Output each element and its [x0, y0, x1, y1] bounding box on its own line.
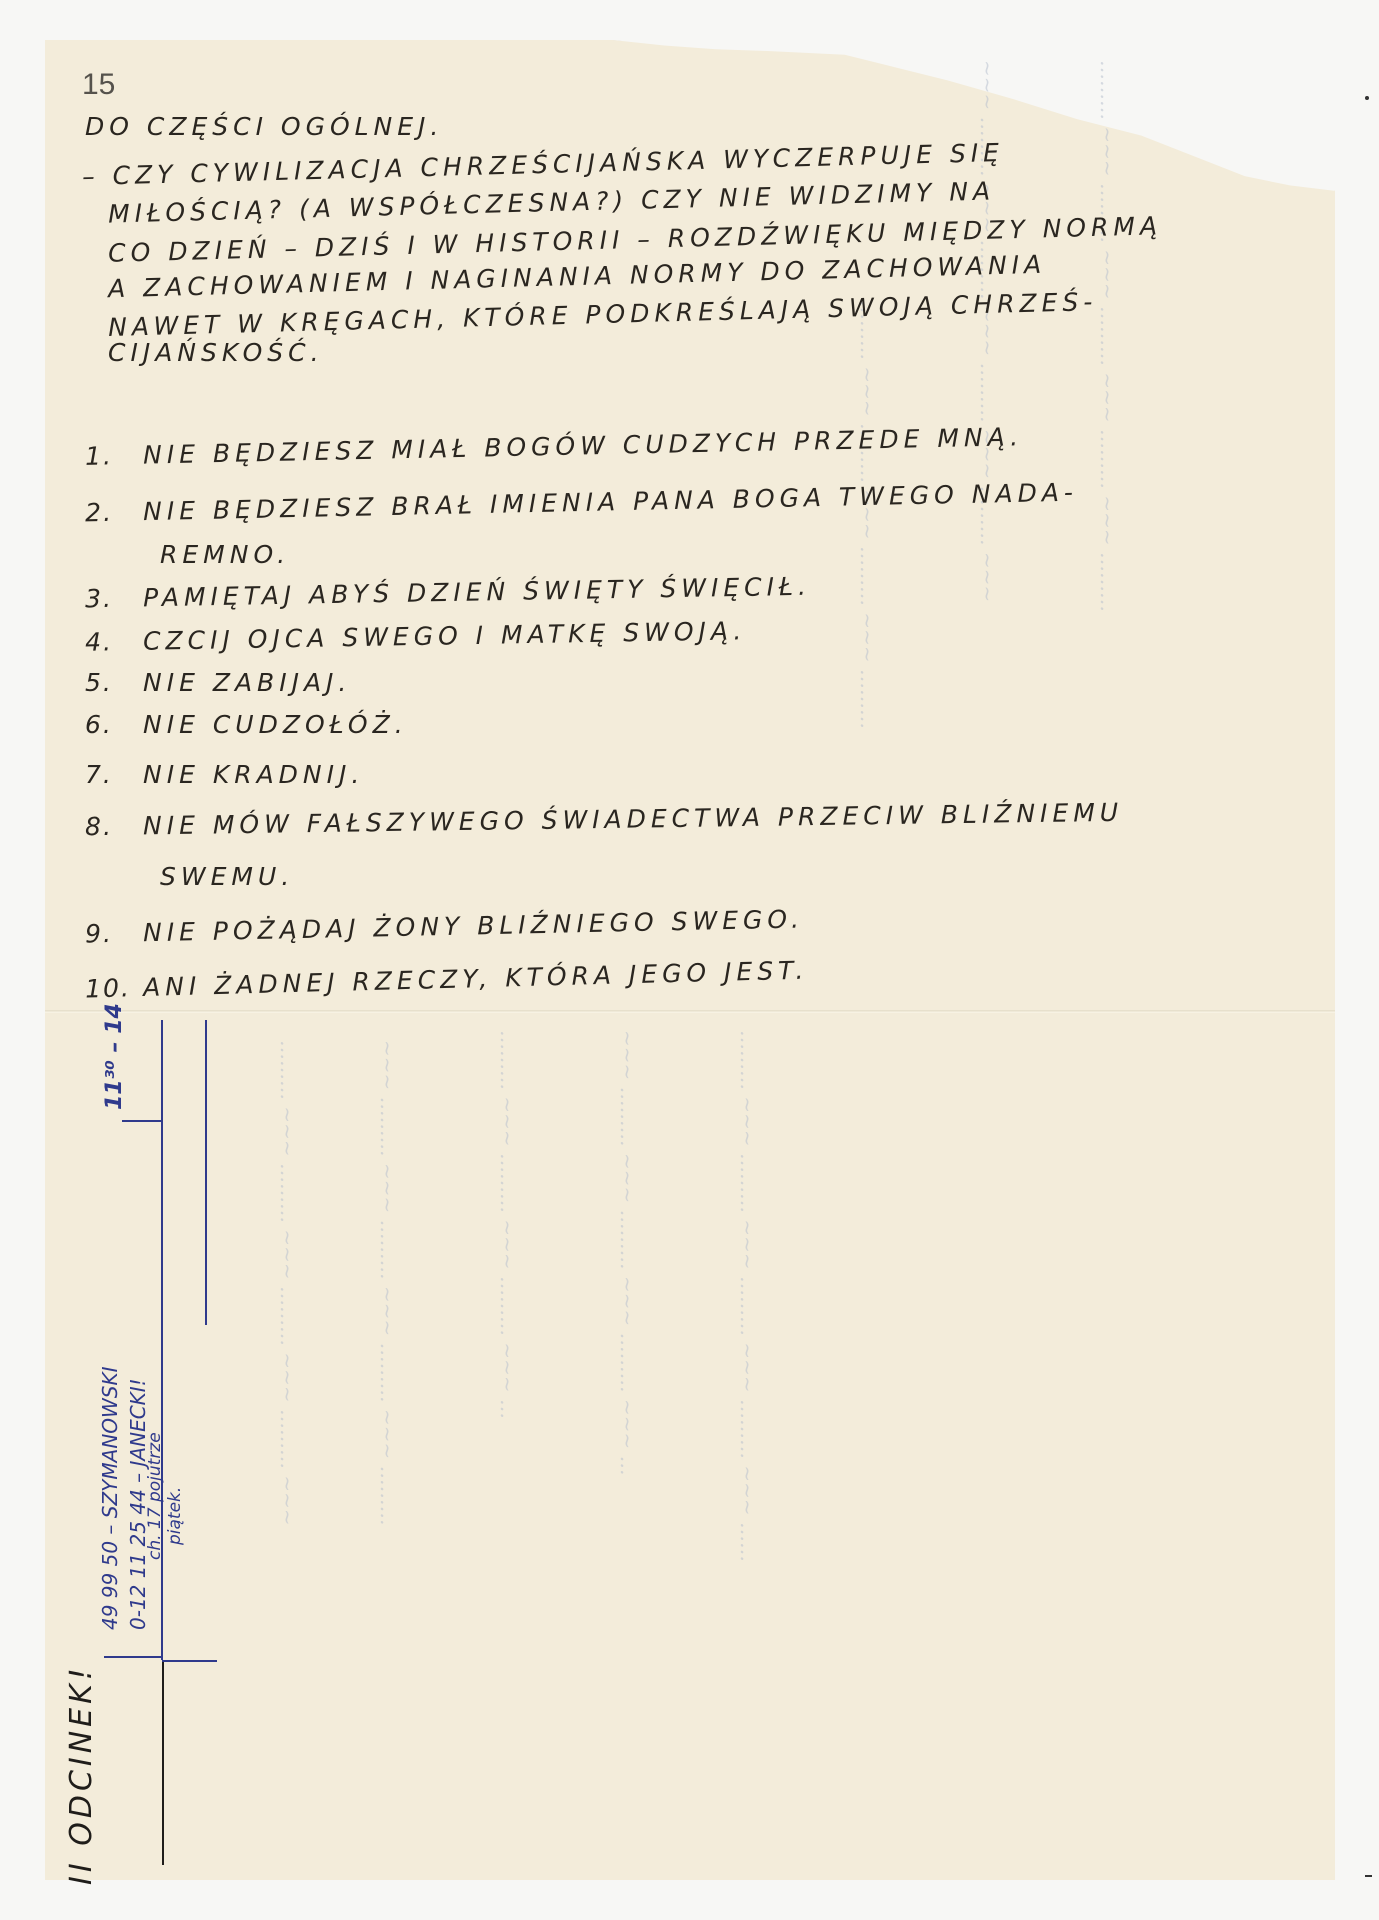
scan-speck [1365, 1875, 1372, 1877]
bleed-through-text: ……… ~~~ ……… ~~~ ……… ~~~ ……… [856, 300, 880, 729]
bleed-through-text: ……… ~~~ ……… ~~~ ……… ~~~ ……… ~~~ ……… [1096, 60, 1120, 612]
commandment-continuation: REMNO. [160, 540, 290, 569]
note-line-4: piątek. [165, 1487, 185, 1545]
bleed-through-text: ……… ~~~ ……… ~~~ ……… ~~~ ……… ~~~ [276, 1040, 300, 1526]
box-border [205, 1020, 207, 1325]
label-underline [162, 1660, 164, 1865]
commandment-item: 6.NIE CUDZOŁÓŻ. [85, 710, 408, 739]
note-line-3: ch. 17 pojutrze [145, 1432, 165, 1560]
intro-line: CIJAŃSKOŚĆ. [108, 338, 324, 367]
page-number: 15 [82, 68, 115, 102]
section-heading: DO CZĘŚCI OGÓLNEJ. [85, 112, 443, 141]
box-border [104, 1656, 162, 1658]
margin-label: II ODCINEK! [64, 1664, 99, 1885]
commandment-item: 7.NIE KRADNIJ. [85, 760, 364, 789]
bleed-through-text: ~~~ ……… ~~~ ……… ~~~ ……… ~~~ ……… [376, 1040, 400, 1526]
box-border [162, 1660, 217, 1662]
phone-line-1: 49 99 50 – SZYMANOWSKI [98, 1366, 122, 1630]
bleed-through-text: ……… ~~~ ……… ~~~ ……… ~~~ … [496, 1030, 520, 1419]
commandment-continuation: SWEMU. [160, 862, 294, 891]
bleed-through-text: ……… ~~~ ……… ~~~ ……… ~~~ ……… ~~~ …… [736, 1030, 760, 1562]
fold-line [45, 1010, 1335, 1013]
time-note: 11³⁰ – 14 [102, 1003, 127, 1110]
bleed-through-text: ~~~ ……… ~~~ ……… ~~~ ……… ~~~ … [616, 1030, 640, 1476]
scan-speck [1365, 96, 1369, 100]
commandment-item: 5.NIE ZABIJAJ. [85, 668, 351, 697]
box-border [161, 1020, 163, 1660]
box-border [122, 1120, 162, 1122]
